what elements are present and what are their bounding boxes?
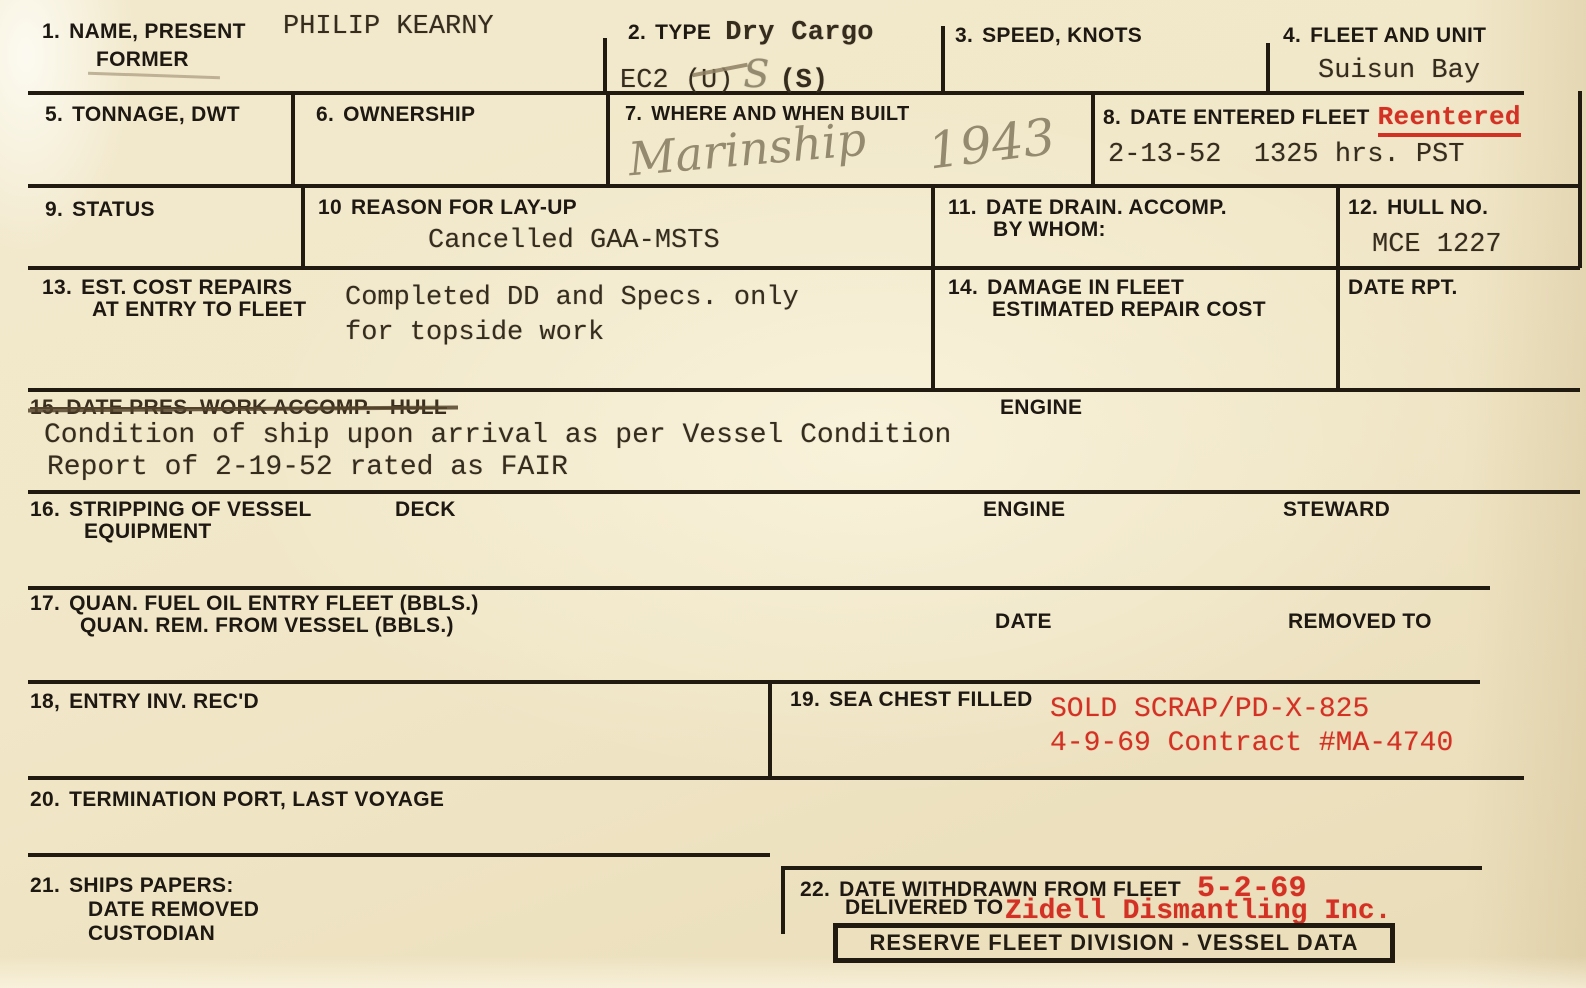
- grid-line: [28, 266, 1580, 270]
- field-16-steward-label: STEWARD: [1283, 498, 1390, 522]
- paper-stain-right: [1466, 0, 1586, 988]
- field-13-sublabel: AT ENTRY TO FLEET: [92, 298, 306, 322]
- field-12-label: 12.HULL NO.: [1348, 196, 1488, 220]
- date-entered-value: 2-13-52 1325 hrs. PST: [1108, 140, 1464, 170]
- footer-title: RESERVE FLEET DIVISION - VESSEL DATA: [869, 930, 1358, 956]
- grid-line: [603, 38, 607, 91]
- pencil-scribble: [88, 72, 220, 80]
- grid-line: [28, 586, 1490, 590]
- field-22-sublabel: DELIVERED TO: [845, 896, 1003, 920]
- field-21-label: 21.SHIPS PAPERS:: [30, 874, 234, 898]
- grid-line: [1266, 43, 1270, 91]
- grid-line: [1336, 266, 1340, 388]
- field-11-label: 11.DATE DRAIN. ACCOMP.: [948, 196, 1227, 220]
- grid-line: [291, 91, 295, 184]
- grid-line: [931, 184, 935, 266]
- field-3-label: 3.SPEED, KNOTS: [955, 24, 1142, 48]
- handwritten-letter: S: [743, 52, 769, 96]
- field-17-removed-to-label: REMOVED TO: [1288, 610, 1432, 634]
- field-4-label: 4.FLEET AND UNIT: [1283, 24, 1486, 48]
- grid-line: [301, 184, 305, 266]
- vessel-data-card: 1.NAME, PRESENT FORMER PHILIP KEARNY 2.T…: [0, 0, 1586, 988]
- field-18-label: 18,ENTRY INV. REC'D: [30, 690, 259, 714]
- condition-line2: Report of 2-19-52 rated as FAIR: [47, 452, 568, 483]
- handwritten-year: 1943: [925, 107, 1058, 180]
- field-17-label: 17.QUAN. FUEL OIL ENTRY FLEET (BBLS.): [30, 592, 479, 616]
- field-1-label: 1.NAME, PRESENT: [42, 20, 246, 44]
- grid-line: [28, 853, 770, 857]
- ship-name-value: PHILIP KEARNY: [283, 12, 494, 42]
- grid-line: [941, 26, 945, 91]
- field-16-engine-label: ENGINE: [983, 498, 1065, 522]
- field-15-engine-label: ENGINE: [1000, 396, 1082, 420]
- lay-up-reason-value: Cancelled GAA-MSTS: [428, 226, 720, 256]
- field-17-sublabel: QUAN. REM. FROM VESSEL (BBLS.): [80, 614, 454, 638]
- field-9-label: 9.STATUS: [45, 198, 155, 222]
- sold-scrap-stamp-line2: 4-9-69 Contract #MA-4740: [1050, 728, 1453, 759]
- grid-line: [28, 490, 1580, 494]
- grid-line: [28, 680, 1480, 684]
- field-20-label: 20.TERMINATION PORT, LAST VOYAGE: [30, 788, 444, 812]
- grid-line: [1336, 184, 1340, 266]
- field-21-sublabel-custodian: CUSTODIAN: [88, 922, 215, 946]
- repairs-value-line2: for topside work: [345, 318, 604, 348]
- hull-no-value: MCE 1227: [1372, 230, 1502, 260]
- grid-line: [28, 184, 1580, 188]
- field-2-label: 2.TYPEDry Cargo: [628, 18, 874, 48]
- sold-scrap-stamp-line1: SOLD SCRAP/PD-X-825: [1050, 694, 1369, 725]
- field-5-label: 5.TONNAGE, DWT: [45, 103, 240, 127]
- date-rpt-label: DATE RPT.: [1348, 276, 1458, 300]
- fleet-unit-value: Suisun Bay: [1318, 56, 1480, 86]
- field-19-label: 19.SEA CHEST FILLED: [790, 688, 1033, 712]
- field-6-label: 6.OWNERSHIP: [316, 103, 475, 127]
- footer-title-box: RESERVE FLEET DIVISION - VESSEL DATA: [833, 923, 1395, 963]
- grid-line: [931, 266, 935, 388]
- condition-line1: Condition of ship upon arrival as per Ve…: [44, 420, 951, 451]
- field-14-sublabel: ESTIMATED REPAIR COST: [992, 298, 1266, 322]
- repairs-value-line1: Completed DD and Specs. only: [345, 283, 799, 313]
- grid-line: [1091, 91, 1095, 184]
- grid-line: [783, 866, 1482, 870]
- grid-line: [781, 866, 785, 934]
- field-13-label: 13.EST. COST REPAIRS: [42, 276, 292, 300]
- reentered-stamp: Reentered: [1378, 102, 1521, 137]
- field-10-label: 10REASON FOR LAY-UP: [318, 196, 577, 220]
- grid-line: [1578, 91, 1582, 268]
- grid-line: [28, 388, 1580, 392]
- field-16-label: 16.STRIPPING OF VESSEL: [30, 498, 312, 522]
- grid-line: [606, 91, 610, 184]
- field-11-sublabel: BY WHOM:: [993, 218, 1106, 242]
- field-17-date-label: DATE: [995, 610, 1052, 634]
- grid-line: [28, 776, 1524, 780]
- field-16-deck-label: DECK: [395, 498, 456, 522]
- ship-type-code: EC2 (U)S(S): [620, 52, 828, 96]
- field-14-label: 14.DAMAGE IN FLEET: [948, 276, 1184, 300]
- ship-type-value: Dry Cargo: [725, 18, 874, 48]
- grid-line: [768, 680, 772, 776]
- field-1-sublabel: FORMER: [96, 48, 189, 72]
- field-21-sublabel-date-removed: DATE REMOVED: [88, 898, 259, 922]
- field-8-label: 8.DATE ENTERED FLEETReentered: [1103, 102, 1521, 132]
- field-16-sublabel: EQUIPMENT: [84, 520, 212, 544]
